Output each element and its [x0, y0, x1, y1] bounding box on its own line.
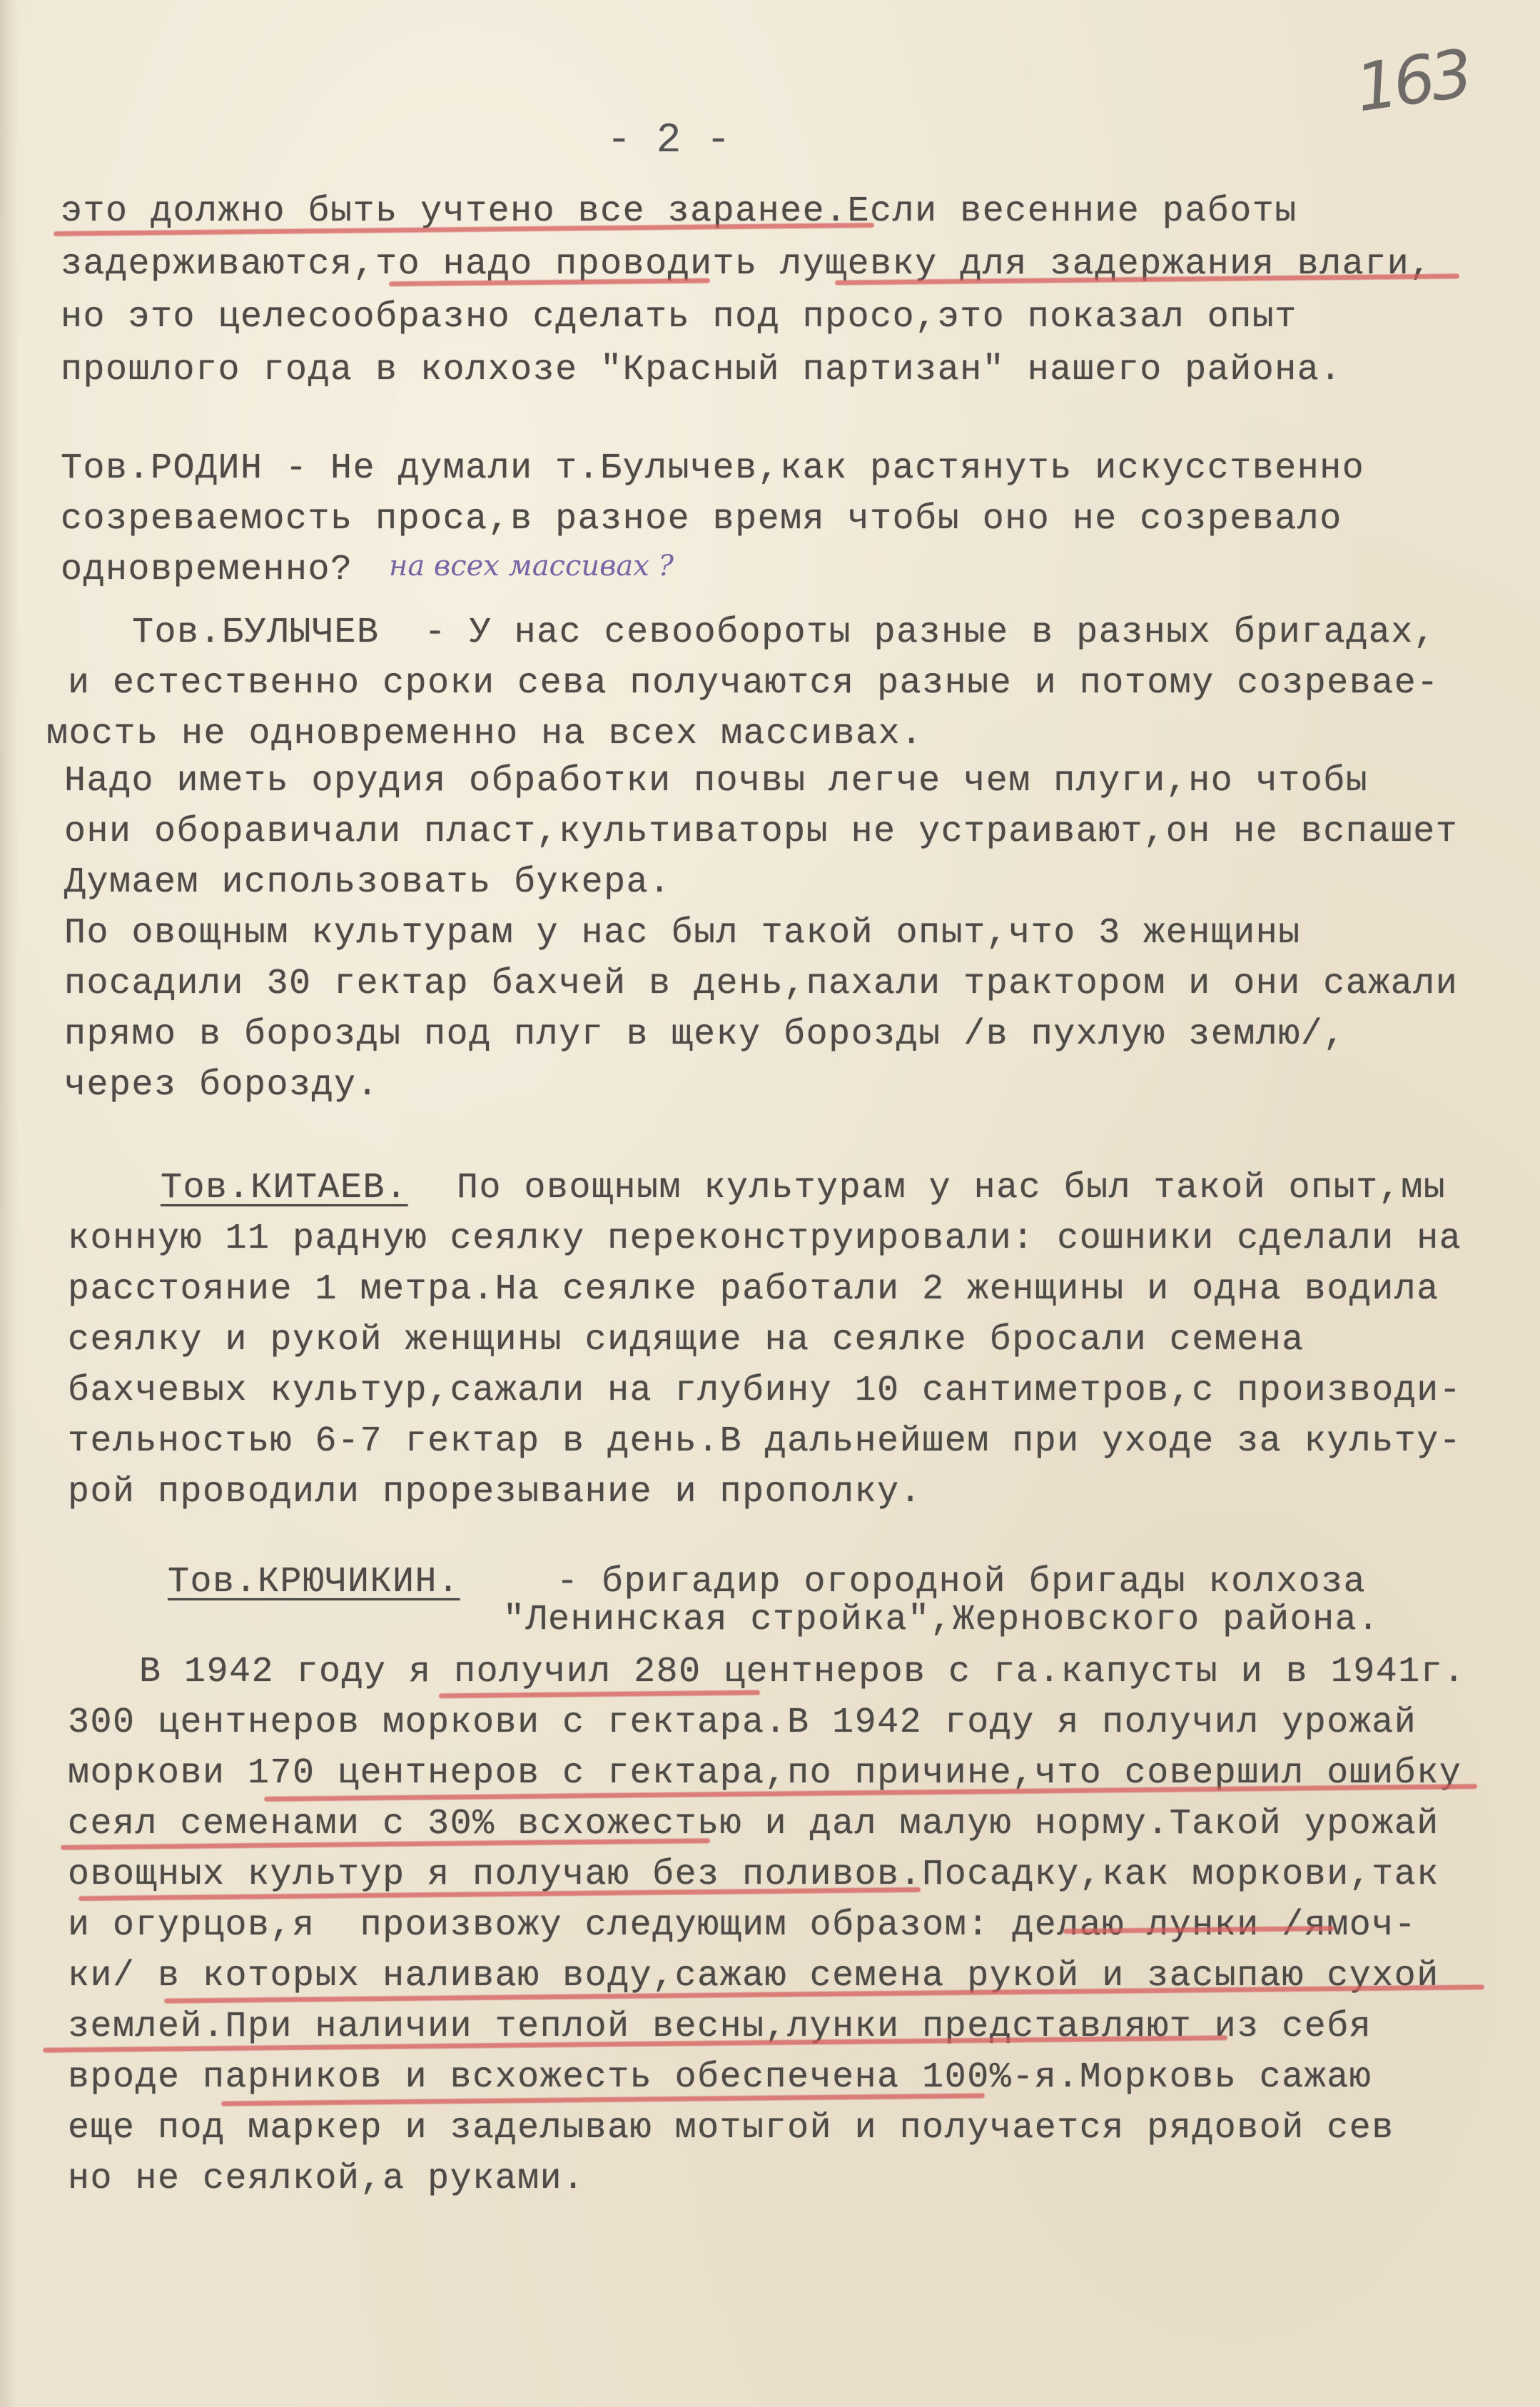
- text-line: Тов.БУЛЫЧЕВ - У нас севообороты разные в…: [132, 615, 1436, 651]
- text-line: еще под маркер и заделываю мотыгой и пол…: [68, 2111, 1394, 2146]
- text-line: По овощным культурам у нас был такой опы…: [457, 1171, 1446, 1206]
- text-line: тельностью 6-7 гектар в день.В дальнейше…: [68, 1424, 1462, 1460]
- text-line: и естественно сроки сева получаются разн…: [68, 666, 1439, 702]
- text-line: прошлого года в колхозе "Красный партиза…: [61, 353, 1342, 388]
- speaker-name: Тов.КРЮЧИКИН.: [168, 1565, 460, 1600]
- text-line: Думаем использовать букера.: [64, 865, 672, 901]
- text-line: мость не одновременно на всех массивах.: [46, 717, 923, 752]
- text-line: конную 11 радную сеялку переконструирова…: [68, 1221, 1462, 1257]
- text-line: "Ленинская стройка",Жерновского района.: [503, 1603, 1380, 1638]
- speaker-name: Тов.КИТАЕВ.: [161, 1171, 408, 1206]
- text-line: вроде парников и всхожесть обеспечена 10…: [68, 2060, 1372, 2096]
- text-line: Надо иметь орудия обработки почвы легче …: [64, 764, 1368, 799]
- text-line: расстояние 1 метра.На сеялке работали 2 …: [68, 1272, 1439, 1308]
- text-line: овощных культур я получаю без поливов.По…: [68, 1857, 1439, 1893]
- text-line: В 1942 году я получил 280 центнеров с га…: [139, 1655, 1466, 1690]
- text-line: По овощным культурам у нас был такой опы…: [64, 916, 1301, 952]
- text-line: сеял семенами с 30% всхожестью и дал мал…: [68, 1807, 1439, 1842]
- text-line: но не сеялкой,а руками.: [68, 2161, 585, 2197]
- text-line: через борозду.: [64, 1068, 379, 1104]
- text-line: сеялку и рукой женщины сидящие на сеялке…: [68, 1323, 1305, 1358]
- page-edge-shadow: [0, 0, 19, 2407]
- folio-number: 163: [1351, 36, 1473, 127]
- text-line: они оборавичали пласт,культиваторы не ус…: [64, 814, 1458, 850]
- text-line: бахчевых культур,сажали на глубину 10 са…: [68, 1373, 1462, 1409]
- text-line: рой проводили прорезывание и прополку.: [68, 1475, 922, 1510]
- text-line: созреваемость проса,в разное время чтобы…: [61, 502, 1342, 538]
- text-line: и огурцов,я произвожу следующим образом:…: [68, 1908, 1417, 1944]
- text-line: - бригадир огородной бригады колхоза: [557, 1565, 1366, 1600]
- handwritten-note: на всех массивах ?: [389, 550, 674, 582]
- text-line: 300 центнеров моркови с гектара.В 1942 г…: [68, 1705, 1417, 1741]
- text-line: прямо в борозды под плуг в щеку борозды …: [64, 1017, 1346, 1053]
- text-line: но это целесообразно сделать под просо,э…: [61, 300, 1297, 335]
- text-line: Тов.РОДИН - Не думали т.Булычев,как раст…: [61, 451, 1364, 487]
- text-line: одновременно?: [61, 552, 353, 588]
- page-number: - 2 -: [607, 118, 731, 164]
- text-line: посадили 30 гектар бахчей в день,пахали …: [64, 967, 1458, 1002]
